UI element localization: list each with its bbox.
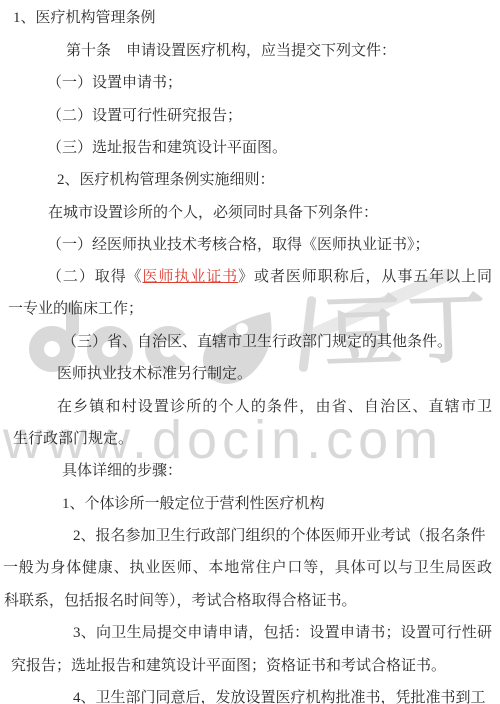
doc-line: 2、医疗机构管理条例实施细则： [57, 170, 275, 190]
doc-line: 在城市设置诊所的个人，必须同时具备下列条件： [48, 203, 378, 223]
doc-line: 4、卫生部门同意后，发放设置医疗机构批准书，凭批准书到工 [73, 688, 486, 704]
doc-line: 科联系，包括报名时间等），考试合格取得合格证书。 [4, 591, 357, 611]
doc-line: 生行政部门规定。 [13, 429, 133, 449]
doc-line: 在乡镇和村设置诊所的个人的条件，由省、自治区、直辖市卫 [57, 397, 492, 417]
doc-line: （三）选址报告和建筑设计平面图。 [47, 138, 287, 158]
doc-line: 一般为身体健康、执业医师、本地常住户口等，具体可以与卫生局医政 [3, 558, 492, 578]
license-cert-link[interactable]: 医师执业证书 [143, 269, 239, 285]
doc-line: （二）设置可行性研究报告； [47, 106, 242, 126]
doc-title-line: 1、医疗机构管理条例 [13, 8, 156, 28]
doc-line: 2、报名参加卫生行政部门组织的个体医师开业考试（报名条件 [73, 526, 486, 546]
doc-line: 医师执业技术标准另行制定。 [57, 364, 252, 384]
doc-line: 一专业的临床工作； [8, 299, 143, 319]
doc-line: 1、个体诊所一般定位于营利性医疗机构 [62, 494, 325, 514]
doc-line-with-link: （二）取得《医师执业证书》或者医师职称后，从事五年以上同 [47, 267, 492, 287]
doc-line: 3、向卫生局提交申请申请，包括：设置申请书；设置可行性研 [73, 623, 492, 643]
docin-cn-wordmark: 豆丁 [323, 289, 494, 373]
doc-line: （一）设置申请书； [47, 73, 182, 93]
link-post-text: 》或者医师职称后，从事五年以上同 [238, 269, 492, 285]
document-page: 豆丁 www.docin.com 1、医疗机构管理条例 第十条 申请设置医疗机构… [0, 0, 500, 704]
doc-line: （一）经医师执业技术考核合格，取得《医师执业证书》； [47, 235, 430, 255]
doc-line: 具体详细的步骤： [62, 461, 182, 481]
doc-line: 究报告；选址报告和建筑设计平面图；资格证书和考试合格证书。 [11, 656, 446, 676]
doc-line: （三）省、自治区、直辖市卫生行政部门规定的其他条件。 [62, 332, 452, 352]
doc-line: 第十条 申请设置医疗机构，应当提交下列文件： [66, 41, 396, 61]
link-pre-text: （二）取得《 [47, 269, 143, 285]
